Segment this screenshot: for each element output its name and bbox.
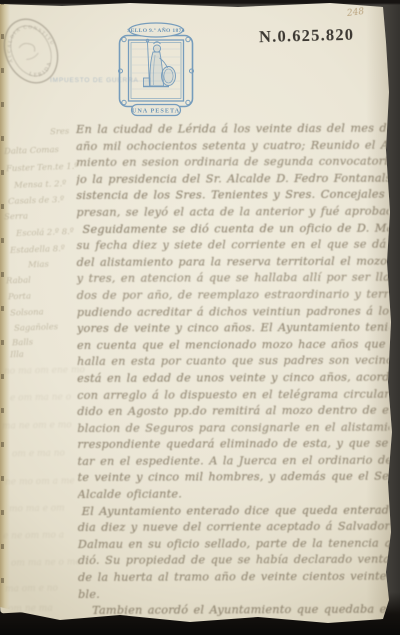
margin-note: Solsona — [10, 307, 44, 318]
ghost-line: om e ma no — [12, 449, 65, 460]
margin-note: Casals de 3.º — [8, 195, 64, 207]
manuscript-line: te veinte y cinco mil hombres, y además … — [78, 469, 390, 487]
margin-note: Porta — [8, 292, 31, 303]
stamp-denomination-text: UNA PESETA — [132, 108, 180, 115]
margin-note: Mensa t. 2.º — [14, 179, 67, 191]
scanned-document: 248 N.0.625.820 ALCALDIA CONSTITUCIONAL … — [0, 0, 400, 635]
revenue-stamp-icon: SELLO 9.º AÑO 1874 UNA PESETA — [115, 21, 197, 117]
manuscript-line: yores de veinte y cinco años. El Ayuntam… — [77, 320, 389, 338]
manuscript-line: ble. — [78, 585, 390, 603]
manuscript-text: En la ciudad de Lérida á los veinte dias… — [76, 121, 390, 620]
manuscript-line: dos de por año, de reemplazo estraordina… — [77, 287, 389, 305]
manuscript-line: blacion de Seguros para consignarle en e… — [77, 419, 389, 437]
margin-note: Sres — [50, 127, 70, 138]
manuscript-line: dido en Agosto pp.do remitirá al mozo de… — [77, 403, 389, 421]
manuscript-line: Dalmau en su oficio sellado, parte de la… — [78, 535, 390, 553]
margin-note: Sagañoles — [14, 322, 58, 334]
manuscript-line: y tres, en atencion á que se hallaba all… — [77, 270, 389, 288]
ghost-line: ma om e no — [5, 584, 58, 595]
manuscript-line: Alcalde oficiante. — [78, 486, 390, 504]
ghost-line: no ma om ene mo — [4, 365, 85, 376]
manuscript-line: con arreglo á lo dispuesto en el telégra… — [77, 386, 389, 404]
manuscript-line: En la ciudad de Lérida á los veinte dias… — [76, 121, 388, 139]
manuscript-line: tar en el espediente. A la Juerca en el … — [77, 453, 389, 471]
tax-overprint: IMPUESTO DE GUERRA — [50, 77, 126, 84]
manuscript-line: dia diez y nueve del corriente aceptado … — [78, 519, 390, 537]
ghost-line: om ma ne o me — [11, 557, 81, 568]
margin-note: Fuster Ten.te 1.º — [6, 162, 79, 175]
margin-note: Dalta Comas — [4, 145, 59, 157]
margin-note: Illa — [10, 350, 24, 360]
manuscript-line: sistencia de los Sres. Tenientes y Sres.… — [76, 187, 388, 205]
ghost-line: e om ma ne o — [10, 392, 71, 403]
ghost-line: ma ne om e mo — [2, 420, 72, 431]
manuscript-line: año mil ochocientos setenta y cuatro; Re… — [76, 137, 388, 155]
manuscript-line: pudiendo acreditar á dichos veintiun pad… — [77, 303, 389, 321]
margin-note: Estadella 8.º — [10, 244, 65, 256]
manuscript-line: miento en sesion ordinaria de segunda co… — [76, 154, 388, 172]
manuscript-line: su fecha diez y siete del corriente en e… — [77, 237, 389, 255]
ghost-line: e ne om mo a — [3, 530, 64, 541]
manuscript-line: Seguidamente se dió cuenta de un oficio … — [76, 220, 388, 238]
folio-number: 248 — [346, 7, 364, 19]
margin-note: Mias — [28, 260, 49, 271]
manuscript-line: dió. Su propiedad de que se había declar… — [78, 552, 390, 570]
manuscript-line: presan, se leyó el acta de la anterior y… — [76, 204, 388, 222]
manuscript-line: está en la edad de unos veinte y cinco a… — [77, 370, 389, 388]
manuscript-line: de la huerta al tramo año de veinte cien… — [78, 569, 390, 587]
manuscript-line: rrespondiente quedará eliminado de esta,… — [77, 436, 389, 454]
stamp-allegory-figure-icon — [143, 39, 176, 86]
ghost-line: mo ma e om — [9, 504, 65, 515]
margin-note: Balls — [12, 338, 33, 349]
manuscript-page: 248 N.0.625.820 ALCALDIA CONSTITUCIONAL … — [0, 0, 400, 635]
serial-number: N.0.625.820 — [259, 25, 355, 47]
manuscript-line: del alistamiento para la reserva territo… — [77, 253, 389, 271]
ghost-line: ne mo om a me — [5, 476, 75, 487]
stamp-header-text: SELLO 9.º AÑO 1874 — [127, 26, 185, 34]
binding-edge — [0, 0, 10, 635]
margin-note: Escolá 2.º 8.º — [16, 227, 74, 239]
manuscript-line: halla en esta por cuanto que sus padres … — [77, 353, 389, 371]
ghost-line: om ne ma — [8, 604, 53, 615]
manuscript-line: Tambien acordó el Ayuntamiento que queda… — [78, 602, 390, 620]
manuscript-line: El Ayuntamiento enterado dice que queda … — [78, 502, 390, 520]
manuscript-line: en cuenta que el mencionado mozo hace añ… — [77, 336, 389, 354]
manuscript-line: jo la presidencia del Sr. Alcalde D. Fed… — [76, 170, 388, 188]
